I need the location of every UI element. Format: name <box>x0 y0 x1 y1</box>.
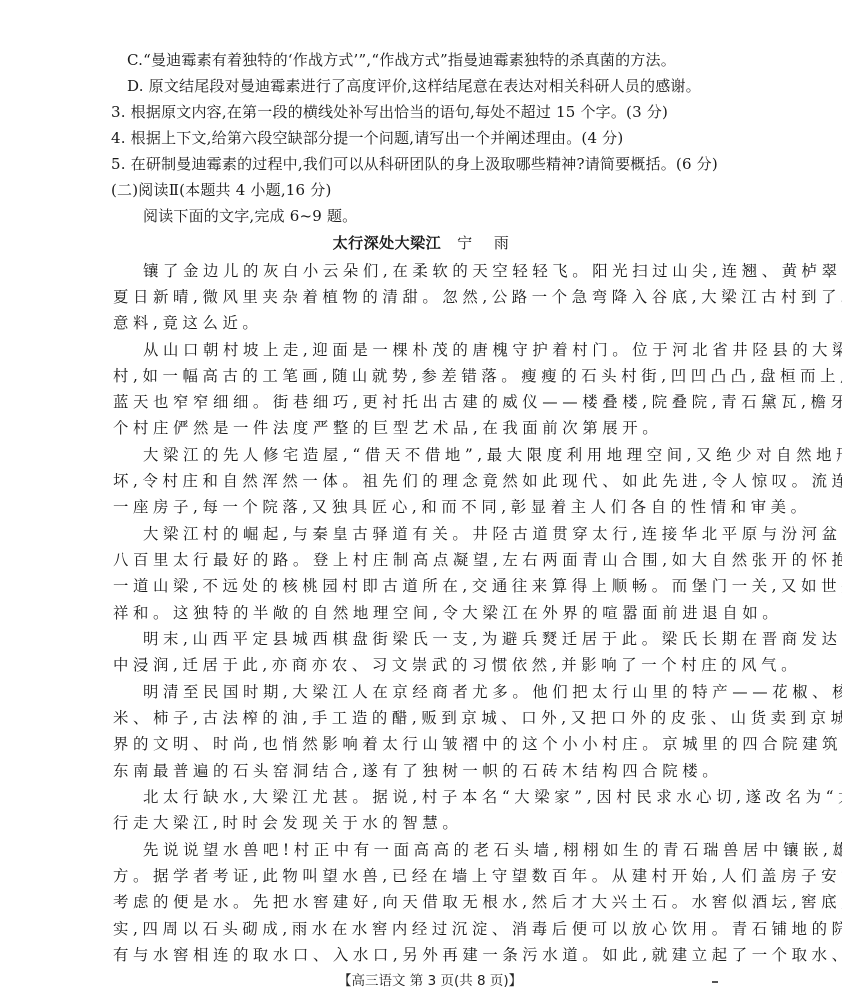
article-line: 意料,竟这么近。 <box>113 313 262 333</box>
article-line: 界的文明、时尚,也悄然影响着太行山皱褶中的这个小小村庄。京城里的四合院建筑艺术,… <box>113 734 842 754</box>
article-line: 祥和。这独特的半敞的自然地理空间,令大梁江在外界的喧嚣面前进退自如。 <box>113 603 782 623</box>
question-4: 4. 根据上下文,给第六段空缺部分提一个问题,请写出一个并阐述理由。(4 分) <box>111 128 623 148</box>
article-line: 从山口朝村坡上走,迎面是一棵朴茂的唐槐守护着村门。位于河北省井陉县的大梁江古 <box>143 340 842 360</box>
article-line: 明清至民国时期,大梁江人在京经商者尤多。他们把太行山里的特产——花椒、核桃、小 <box>143 682 842 702</box>
article-line: 方。据学者考证,此物叫望水兽,已经在墙上守望数百年。从建村开始,人们盖房子安家,… <box>113 866 842 886</box>
page-footer: 【高三语文 第 3 页(共 8 页)】 <box>338 969 522 989</box>
section-instruction: 阅读下面的文字,完成 6~9 题。 <box>143 206 357 226</box>
article-line: 实,四周以石头砌成,雨水在水窖内经过沉淀、消毒后便可以放心饮用。青石铺地的院子里… <box>113 919 842 939</box>
page-mark <box>712 981 718 983</box>
section-heading: (二)阅读Ⅱ(本题共 4 小题,16 分) <box>111 180 332 200</box>
article-line: 东南最普遍的石头窑洞结合,遂有了独树一帜的石砖木结构四合院楼。 <box>113 761 722 781</box>
question-5: 5. 在研制曼迪霉素的过程中,我们可以从科研团队的身上汲取哪些精神?请简要概括。… <box>111 154 718 174</box>
article-line: 一道山梁,不远处的核桃园村即古道所在,交通往来算得上顺畅。而堡门一关,又如世外桃… <box>113 576 842 596</box>
question-3: 3. 根据原文内容,在第一段的横线处补写出恰当的语句,每处不超过 15 个字。(… <box>111 102 668 122</box>
article-line: 村,如一幅高古的工笔画,随山就势,参差错落。瘦瘦的石头村街,凹凹凸凸,盘桓而上,… <box>113 366 842 386</box>
article-author: 宁 雨 <box>457 234 509 252</box>
article-line: 大梁江的先人修宅造屋,“借天不借地”,最大限度利用地理空间,又绝少对自然地形造成… <box>143 445 842 465</box>
article-line: 中浸润,迁居于此,亦商亦农、习文崇武的习惯依然,并影响了一个村庄的风气。 <box>113 655 801 675</box>
article-line: 北太行缺水,大梁江尤甚。据说,村子本名“大梁家”,因村民求水心切,遂改名为“大梁… <box>143 787 842 807</box>
article-line: 蓝天也窄窄细细。街巷细巧,更衬托出古建的威仪——楼叠楼,院叠院,青石黛瓦,檐牙高… <box>113 392 842 412</box>
option-d: D. 原文结尾段对曼迪霉素进行了高度评价,这样结尾意在表达对相关科研人员的感谢。 <box>127 76 701 96</box>
article-line: 大梁江村的崛起,与秦皇古驿道有关。井陉古道贯穿太行,连接华北平原与汾河盆地,曾是 <box>143 524 842 544</box>
article-line: 镶了金边儿的灰白小云朵们,在柔软的天空轻轻飞。阳光扫过山尖,连翘、黄栌翠得晃眼。 <box>143 261 842 281</box>
article-line: 先说说望水兽吧!村正中有一面高高的老石头墙,栩栩如生的青石瑞兽居中镶嵌,雄视四 <box>143 840 842 860</box>
article-line: 有与水窖相连的取水口、入水口,另外再建一条污水道。如此,就建立起了一个取水、用水… <box>113 945 842 965</box>
article-line: 个村庄俨然是一件法度严整的巨型艺术品,在我面前次第展开。 <box>113 418 662 438</box>
article-title: 太行深处大梁江宁 雨 <box>0 232 842 253</box>
article-line: 行走大梁江,时时会发现关于水的智慧。 <box>113 813 462 833</box>
article-line: 考虑的便是水。先把水窖建好,向天借取无根水,然后才大兴土石。水窖似酒坛,窖底用灰… <box>113 892 842 912</box>
article-line: 八百里太行最好的路。登上村庄制高点凝望,左右两面青山合围,如大自然张开的怀抱。翻… <box>113 550 842 570</box>
article-line: 一座房子,每一个院落,又独具匠心,和而不同,彰显着主人们各自的性情和审美。 <box>113 497 811 517</box>
article-line: 米、柿子,古法榨的油,手工造的醋,贩到京城、口外,又把口外的皮张、山货卖到京城。… <box>113 708 842 728</box>
article-title-text: 太行深处大梁江 <box>333 234 442 252</box>
article-line: 明末,山西平定县城西棋盘街梁氏一支,为避兵燹迁居于此。梁氏长期在晋商发达的环境 <box>143 629 842 649</box>
option-c: C.“曼迪霉素有着独特的‘作战方式’”,“作战方式”指曼迪霉素独特的杀真菌的方法… <box>127 50 676 70</box>
article-line: 坏,令村庄和自然浑然一体。祖先们的理念竟然如此现代、如此先进,令人惊叹。流连细观… <box>113 471 842 491</box>
article-line: 夏日新晴,微风里夹杂着植物的清甜。忽然,公路一个急弯降入谷底,大梁江古村到了。真… <box>113 287 842 307</box>
